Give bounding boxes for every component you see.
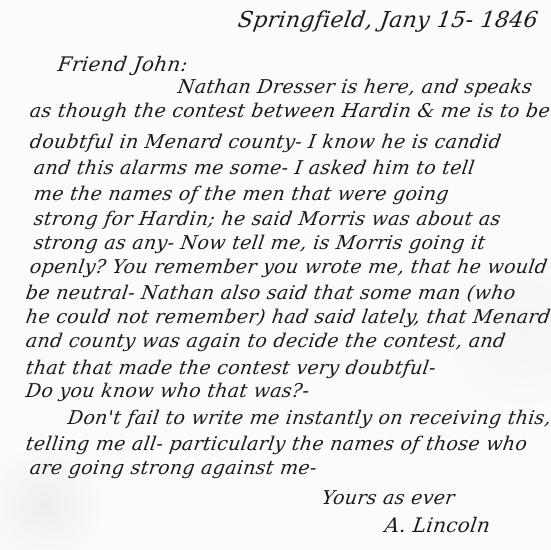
body-line: doubtful in Menard county- I know he is … xyxy=(28,131,502,153)
body-line: strong as any- Now tell me, is Morris go… xyxy=(32,232,487,254)
body-line: he could not remember) had said lately, … xyxy=(24,306,551,328)
body-line: me the names of the men that were going xyxy=(32,183,450,205)
salutation: Friend John: xyxy=(56,52,189,76)
body-line: Nathan Dresser is here, and speaks xyxy=(176,76,533,98)
body-line: as though the contest between Hardin & m… xyxy=(28,100,551,122)
handwritten-letter: Springfield, Jany 15- 1846 Friend John: … xyxy=(0,0,551,550)
signature: A. Lincoln xyxy=(383,513,492,537)
body-line: are going strong against me- xyxy=(28,457,318,479)
body-line: and this alarms me some- I asked him to … xyxy=(32,157,476,179)
body-line: that that made the contest very doubtful… xyxy=(24,357,437,379)
body-line: Do you know who that was?- xyxy=(24,380,310,402)
closing: Yours as ever xyxy=(320,487,456,509)
body-line: strong for Hardin; he said Morris was ab… xyxy=(32,208,502,230)
dateline: Springfield, Jany 15- 1846 xyxy=(236,8,540,33)
body-line: telling me all- particularly the names o… xyxy=(24,433,528,455)
body-line: and county was again to decide the conte… xyxy=(24,330,507,352)
body-line: be neutral- Nathan also said that some m… xyxy=(24,282,517,304)
body-line: openly? You remember you wrote me, that … xyxy=(28,256,548,278)
body-line: Don't fail to write me instantly on rece… xyxy=(66,407,551,429)
